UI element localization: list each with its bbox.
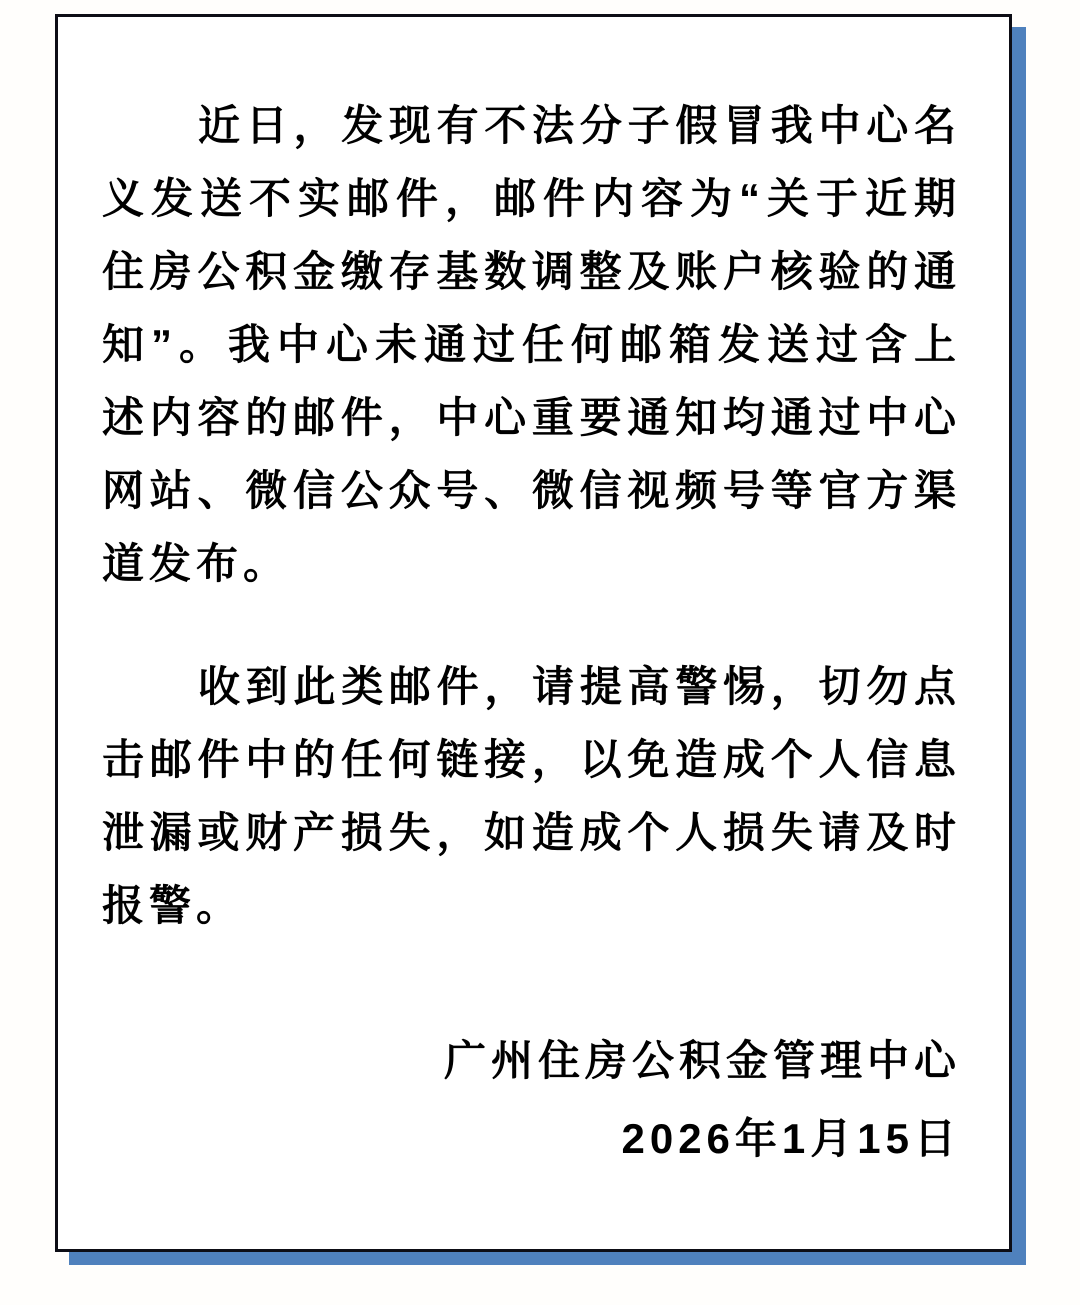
issuer-name: 广州住房公积金管理中心 <box>102 1022 961 1100</box>
notice-card: 近日，发现有不法分子假冒我中心名义发送不实邮件，邮件内容为“关于近期住房公积金缴… <box>55 14 1012 1252</box>
notice-body: 近日，发现有不法分子假冒我中心名义发送不实邮件，邮件内容为“关于近期住房公积金缴… <box>58 17 1009 1249</box>
notice-paragraph-2: 收到此类邮件，请提高警惕，切勿点击邮件中的任何链接，以免造成个人信息泄漏或财产损… <box>102 650 961 942</box>
notice-paragraph-1: 近日，发现有不法分子假冒我中心名义发送不实邮件，邮件内容为“关于近期住房公积金缴… <box>102 89 961 600</box>
issue-date: 2026年1月15日 <box>102 1100 961 1178</box>
signature-block: 广州住房公积金管理中心 2026年1月15日 <box>102 1022 961 1178</box>
